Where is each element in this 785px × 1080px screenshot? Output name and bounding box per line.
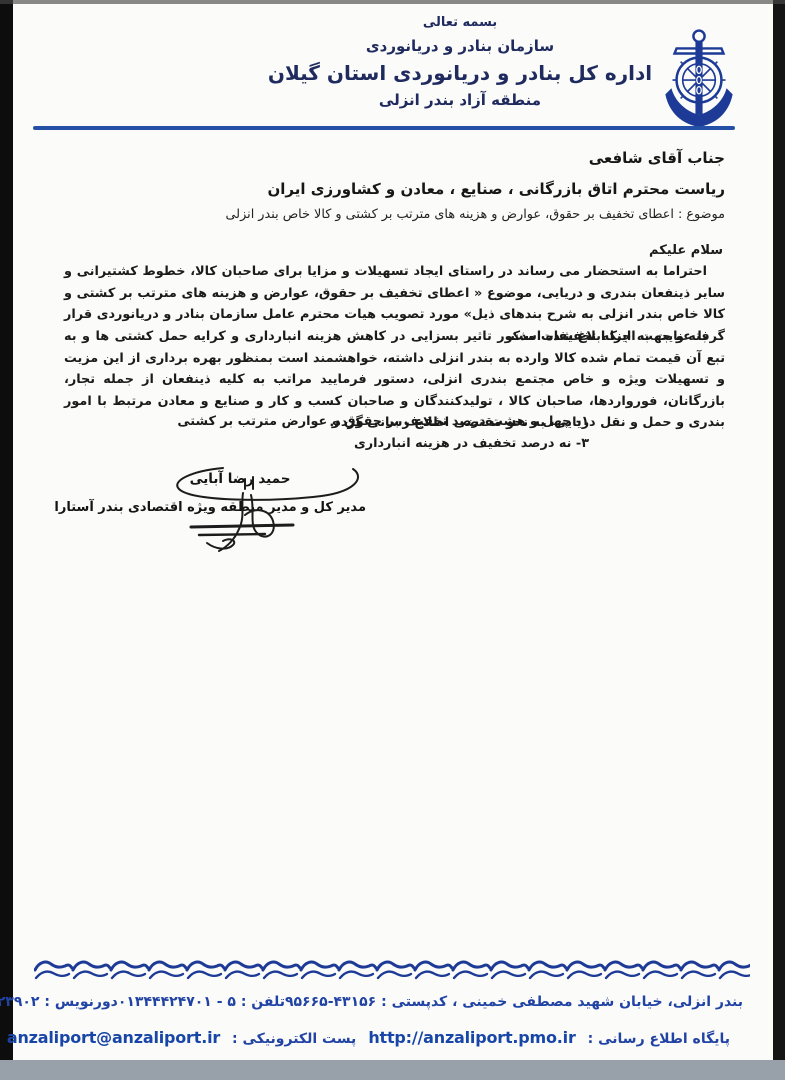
free-zone-line: منطقه آزاد بندر انزلی (260, 88, 660, 112)
signatory-name: حمید رضا آبایی (165, 471, 315, 487)
recipient-name: جناب آقای شافعی (589, 149, 725, 167)
discount-list-item: ۳- نه درصد تخفیف در هزینه انبارداری (354, 436, 589, 451)
website-url: http://anzaliport.pmo.ir (368, 1028, 575, 1047)
subject-line: موضوع : اعطای تخفیف بر حقوق، عوارض و هزی… (226, 207, 726, 222)
footer-address: بندر انزلی، خیابان شهید مصطفی خمینی ، کد… (285, 994, 743, 1010)
email-label: پست الکترونیکی : (232, 1031, 356, 1047)
scanned-letter-page: بسمه تعالی سازمان بنادر و دریانوردی ادار… (0, 0, 785, 1080)
footer-contact-line: پایگاه اطلاع رسانی : http://anzaliport.p… (40, 1028, 730, 1047)
scan-edge-left (0, 0, 13, 1062)
email-address: anzaliport@anzaliport.ir (7, 1028, 220, 1047)
salutation: سلام علیکم (649, 243, 723, 258)
scan-edge-top (0, 0, 785, 4)
recipient-title: ریاست محترم اتاق بازرگانی ، صنایع ، معاد… (267, 180, 725, 198)
wave-divider-icon (34, 959, 750, 987)
bismillah-line: بسمه تعالی (260, 12, 660, 34)
scan-edge-bottom (0, 1060, 785, 1080)
organization-line: سازمان بنادر و دریانوردی (260, 34, 660, 58)
footer-fax: دورنویس : ۰۱۳۴۴۴۲۳۹۰۲ (0, 994, 118, 1010)
pmo-anchor-ship-wheel-logo-icon (663, 27, 735, 129)
footer-address-line: بندر انزلی، خیابان شهید مصطفی خمینی ، کد… (40, 994, 743, 1010)
discount-list-item: ۱- چهل و هشت درصد تخفیف بر حقوق و عوارض … (177, 414, 589, 429)
scan-edge-right (773, 0, 785, 1062)
footer-phone: تلفن : ۵ - ۰۱۳۴۴۴۲۴۷۰۱ (118, 994, 285, 1010)
directorate-line: اداره کل بنادر و دریانوردی استان گیلان (260, 58, 660, 88)
letterhead: بسمه تعالی سازمان بنادر و دریانوردی ادار… (260, 12, 660, 112)
signatory-title: مدیر کل و مدیر منطقه ویژه اقتصادی بندر آ… (66, 500, 366, 515)
header-divider-rule (33, 126, 735, 130)
website-label: پایگاه اطلاع رسانی : (588, 1031, 730, 1047)
